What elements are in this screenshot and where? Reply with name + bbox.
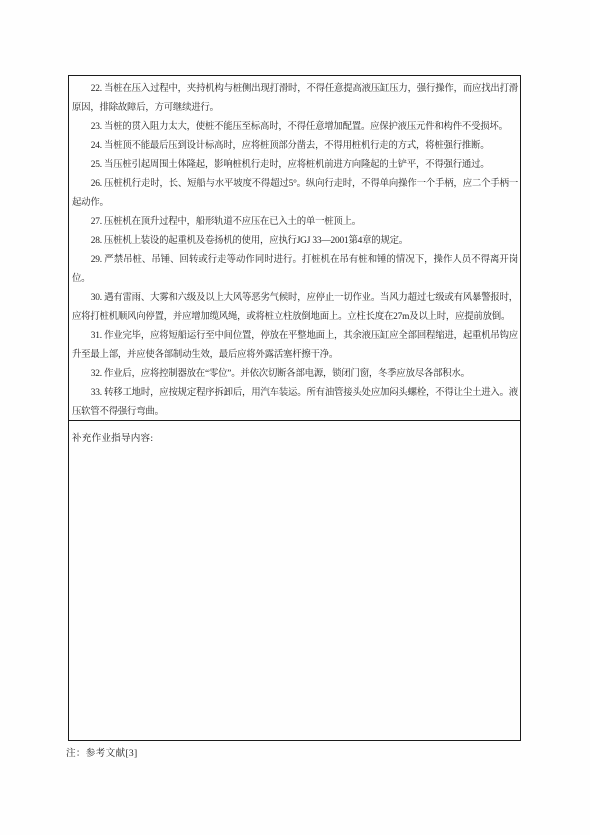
rule-item-28: 28. 压桩机上装设的起重机及卷扬机的使用，应执行JGJ 33—2001第4章的… <box>72 232 518 251</box>
rule-item-31: 31. 作业完毕，应将短船运行至中间位置，停放在平整地面上，其余液压缸应全部回程… <box>72 327 518 365</box>
rule-item-27: 27. 压桩机在顶升过程中，船形轨道不应压在已入土的单一桩顶上。 <box>72 213 518 232</box>
content-box: 22. 当桩在压入过程中，夹持机构与桩侧出现打滑时，不得任意提高液压缸压力，强行… <box>68 75 521 741</box>
rule-item-24: 24. 当桩顶不能最后压到设计标高时，应将桩顶部分凿去，不得用桩机行走的方式，将… <box>72 137 518 156</box>
rule-item-32: 32. 作业后，应将控制器放在“零位”。并依次切断各部电源，锁闭门窗，冬季应放尽… <box>72 365 518 384</box>
rule-item-30: 30. 遇有雷雨、大雾和六级及以上大风等恶劣气候时，应停止一切作业。当风力超过七… <box>72 289 518 327</box>
supplement-section: 补充作业指导内容: <box>69 421 520 740</box>
rule-item-25: 25. 当压桩引起周围土体隆起，影响桩机行走时，应将桩机前进方向隆起的土铲平，不… <box>72 156 518 175</box>
supplement-label: 补充作业指导内容: <box>72 433 153 444</box>
rule-item-29: 29. 严禁吊桩、吊锤、回转或行走等动作同时进行。打桩机在吊有桩和锤的情况下，操… <box>72 251 518 289</box>
rule-item-26: 26. 压桩机行走时，长、短船与水平坡度不得超过5°。纵向行走时，不得单向操作一… <box>72 175 518 213</box>
rule-item-23: 23. 当桩的贯入阻力太大，使桩不能压至标高时，不得任意增加配置。应保护液压元件… <box>72 118 518 137</box>
document-page: 22. 当桩在压入过程中，夹持机构与桩侧出现打滑时，不得任意提高液压缸压力，强行… <box>0 0 590 835</box>
rule-item-33: 33. 转移工地时，应按规定程序拆卸后，用汽车装运。所有油管接头处应加闷头螺栓，… <box>72 384 518 421</box>
footnote: 注：参考文献[3] <box>66 745 137 759</box>
rule-item-22: 22. 当桩在压入过程中，夹持机构与桩侧出现打滑时，不得任意提高液压缸压力，强行… <box>72 80 518 118</box>
safety-rules-section: 22. 当桩在压入过程中，夹持机构与桩侧出现打滑时，不得任意提高液压缸压力，强行… <box>69 76 520 421</box>
